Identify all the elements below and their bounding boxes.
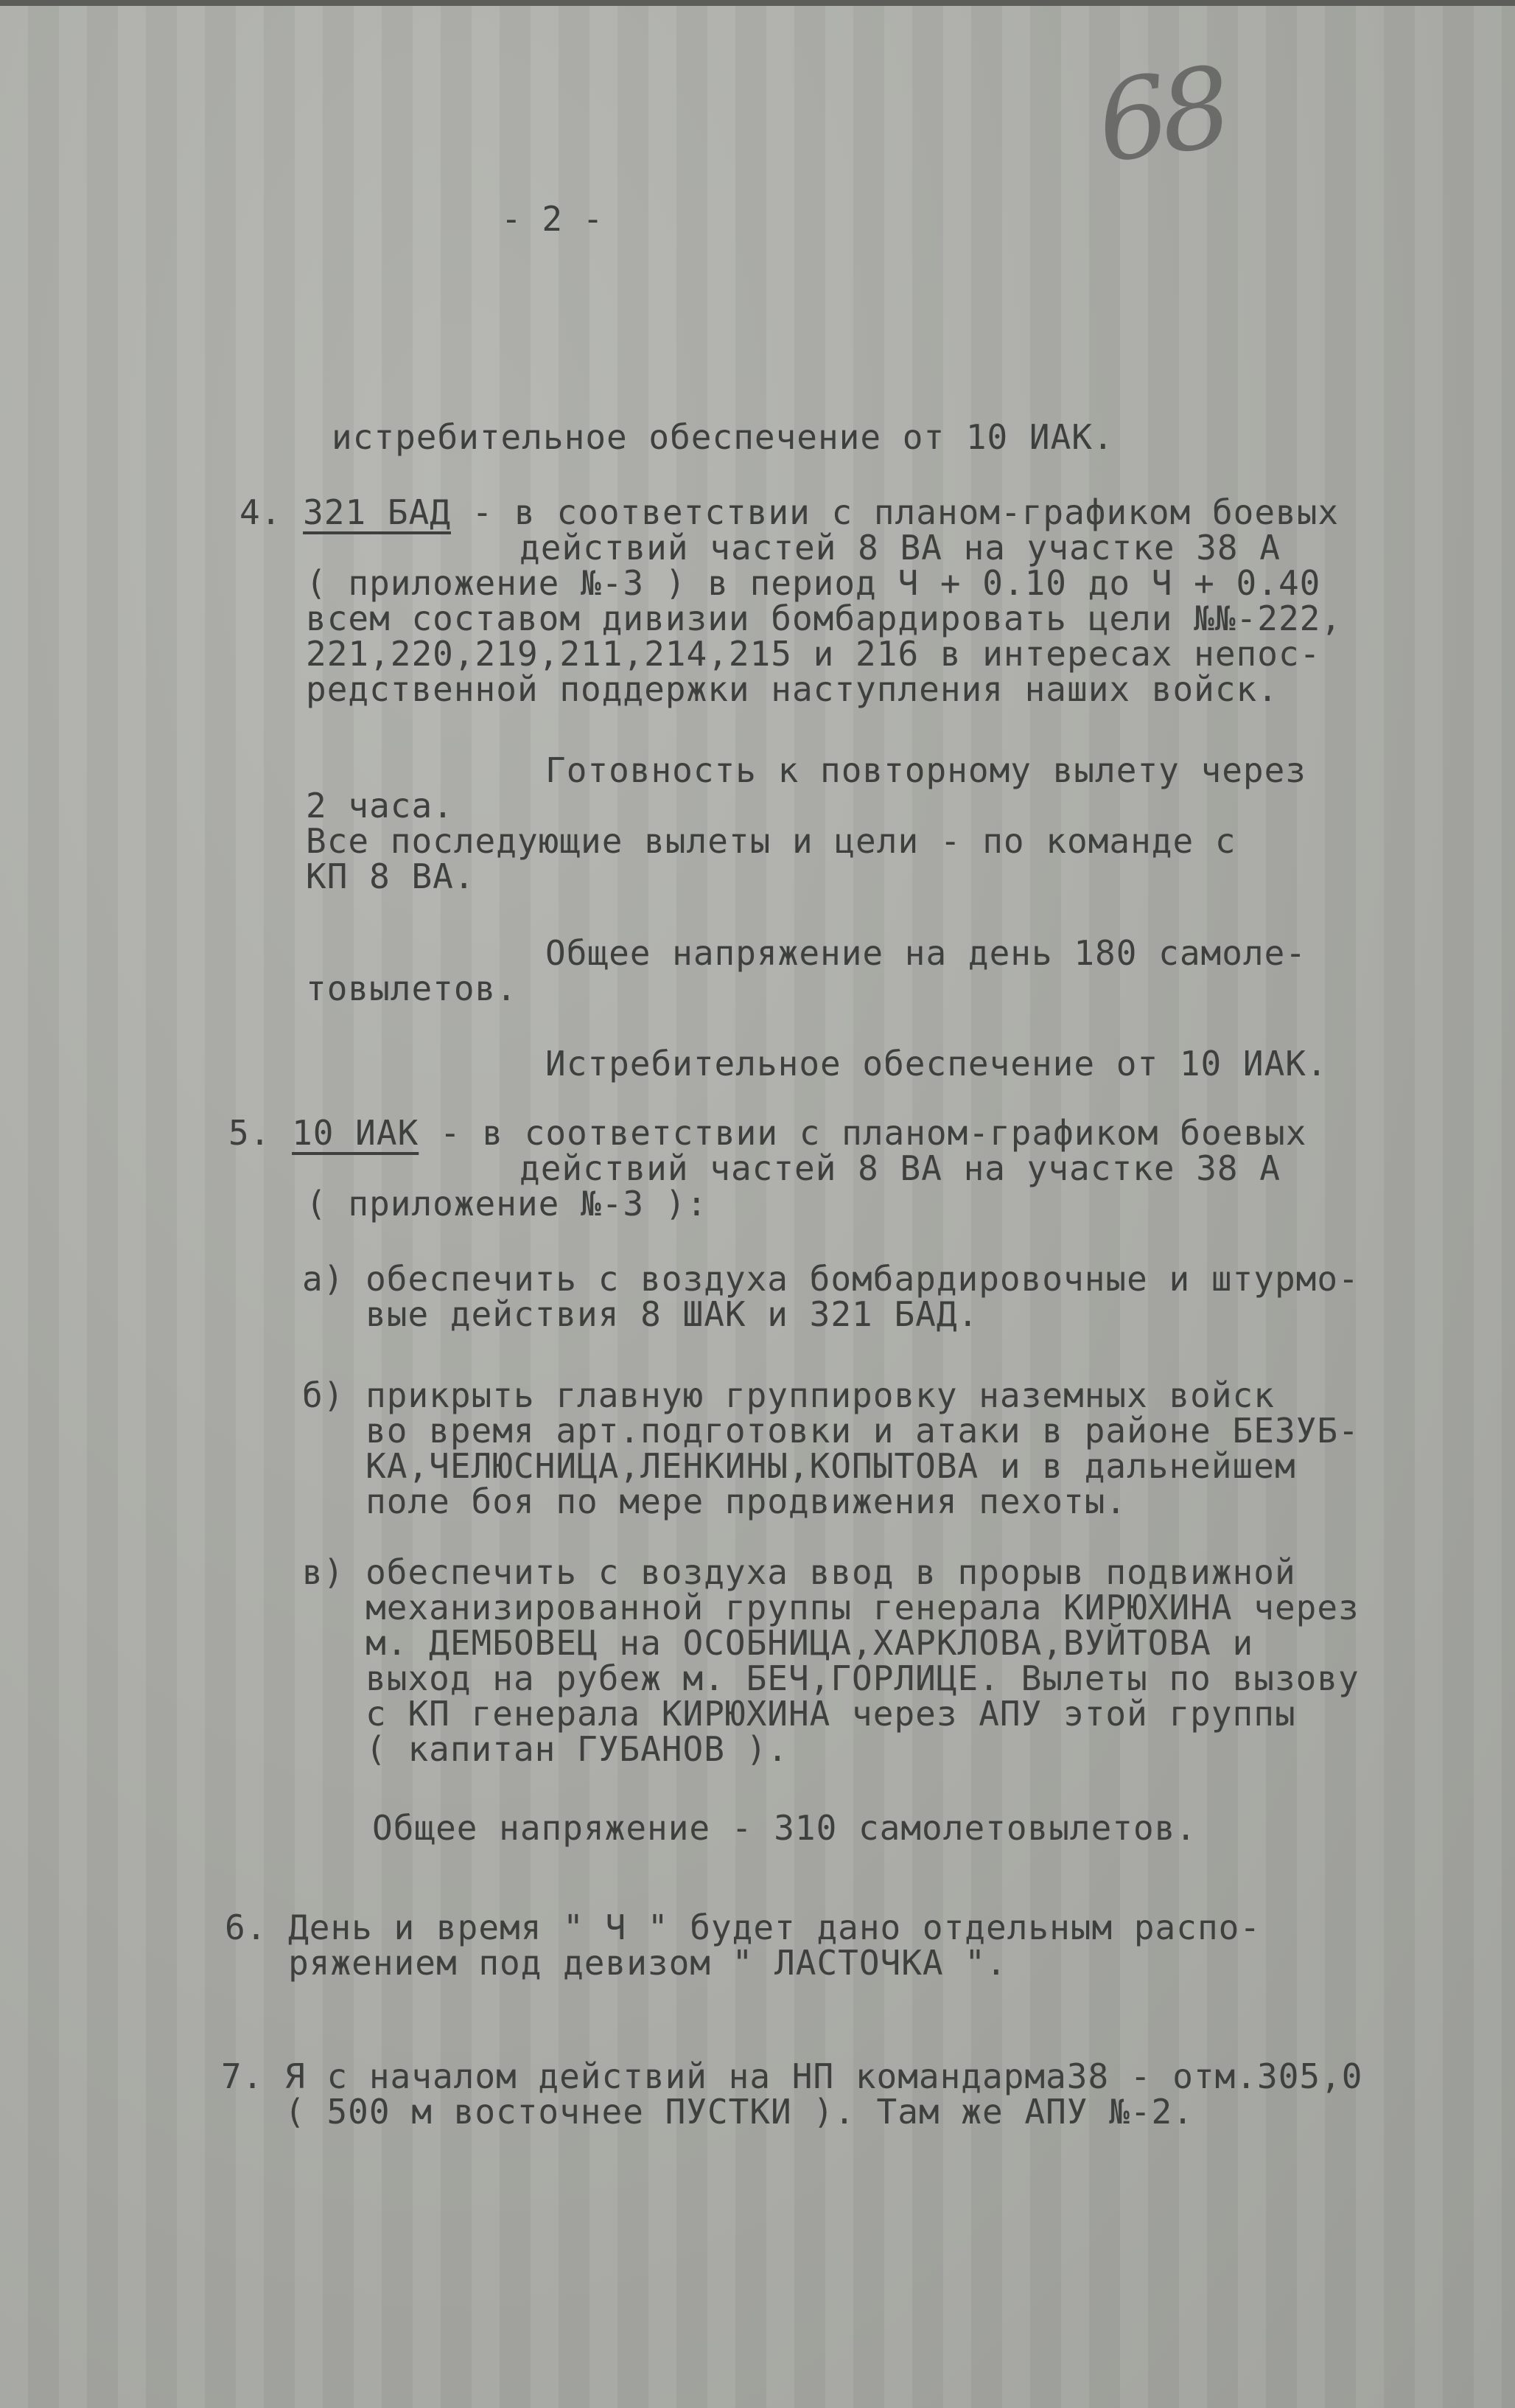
text-line: в) обеспечить с воздуха ввод в прорыв по… bbox=[302, 1554, 1296, 1591]
text-line: выход на рубеж м. БЕЧ,ГОРЛИЦЕ. Вылеты по… bbox=[302, 1660, 1360, 1697]
text-line: поле боя по мере продвижения пехоты. bbox=[302, 1483, 1127, 1520]
text-line: 221,220,219,211,214,215 и 216 в интереса… bbox=[306, 635, 1320, 672]
text-line: с КП генерала КИРЮХИНА через АПУ этой гр… bbox=[302, 1695, 1296, 1732]
text-line: ( 500 м восточнее ПУСТКИ ). Там же АПУ №… bbox=[221, 2093, 1194, 2130]
text-line: Общее напряжение - 310 самолетовылетов. bbox=[372, 1810, 1197, 1846]
text-line: вые действия 8 ШАК и 321 БАД. bbox=[302, 1296, 979, 1333]
text-line: ( капитан ГУБАНОВ ). bbox=[302, 1731, 788, 1767]
text-line: Истребительное обеспечение от 10 ИАК. bbox=[545, 1045, 1328, 1082]
page-number: - 2 - bbox=[501, 199, 603, 239]
unit-heading: 10 ИАК bbox=[292, 1113, 419, 1153]
text-line: действий частей 8 ВА на участке 38 А bbox=[519, 1150, 1281, 1187]
text-line: 2 часа. bbox=[306, 787, 454, 824]
text-line: КП 8 ВА. bbox=[306, 858, 475, 895]
text-line: действий частей 8 ВА на участке 38 А bbox=[519, 529, 1281, 566]
text-line: ( приложение №-3 ) в период Ч + 0.10 до … bbox=[306, 565, 1320, 601]
text-line: м. ДЕМБОВЕЦ на ОСОБНИЦА,ХАРКЛОВА,ВУЙТОВА… bbox=[302, 1624, 1253, 1661]
text-line: всем составом дивизии бомбардировать цел… bbox=[306, 600, 1342, 637]
text-line: ( приложение №-3 ): bbox=[306, 1185, 707, 1222]
text-line: редственной поддержки наступления наших … bbox=[306, 671, 1278, 708]
text-line: 5. 10 ИАК - в соответствии с планом-граф… bbox=[228, 1114, 1306, 1151]
text-line: Общее напряжение на день 180 самоле- bbox=[545, 935, 1306, 971]
text-line: 4. 321 БАД - в соответствии с планом-гра… bbox=[239, 494, 1339, 531]
text-line: ряжением под девизом " ЛАСТОЧКА ". bbox=[225, 1944, 1007, 1981]
archive-page-number: 68 bbox=[1090, 43, 1232, 188]
document-page: 68 - 2 - истребительное обеспечение от 1… bbox=[0, 0, 1515, 2408]
text-line: Готовность к повторному вылету через bbox=[545, 752, 1306, 789]
text-line: КА,ЧЕЛЮСНИЦА,ЛЕНКИНЫ,КОПЫТОВА и в дальне… bbox=[302, 1448, 1296, 1484]
text-line: б) прикрыть главную группировку наземных… bbox=[302, 1377, 1275, 1414]
text-line: а) обеспечить с воздуха бомбардировочные… bbox=[302, 1260, 1360, 1297]
text-line: истребительное обеспечение от 10 ИАК. bbox=[332, 419, 1114, 456]
scan-edge bbox=[0, 0, 1515, 6]
text-line: 7. Я с началом действий на НП командарма… bbox=[221, 2058, 1363, 2095]
unit-heading: 321 БАД bbox=[303, 492, 451, 532]
text-line: механизированной группы генерала КИРЮХИН… bbox=[302, 1589, 1360, 1626]
text-line: товылетов. bbox=[306, 970, 517, 1007]
text-line: Все последующие вылеты и цели - по коман… bbox=[306, 823, 1236, 859]
text-line: 6. День и время " Ч " будет дано отдельн… bbox=[225, 1909, 1261, 1946]
text-line: во время арт.подготовки и атаки в районе… bbox=[302, 1412, 1360, 1449]
